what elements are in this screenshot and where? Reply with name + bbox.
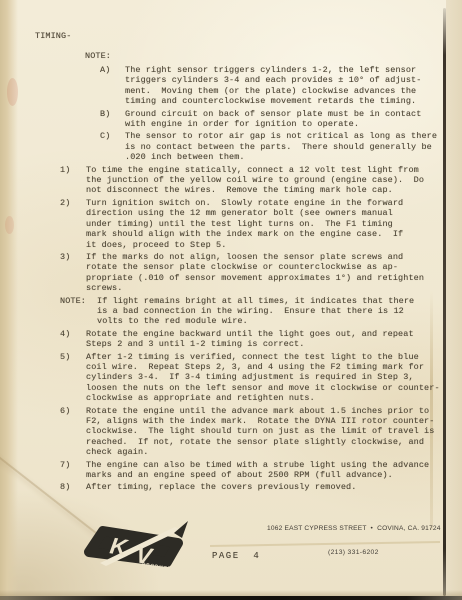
item-label: 2) xyxy=(60,198,86,208)
item-text: Rotate the engine until the advance mark… xyxy=(86,406,434,458)
item-text: The right sensor triggers cylinders 1-2,… xyxy=(125,65,421,107)
instruction-list: A) The right sensor triggers cylinders 1… xyxy=(0,65,448,495)
note-item-a: A) The right sensor triggers cylinders 1… xyxy=(0,65,448,107)
item-text: To time the engine statically, connect a… xyxy=(86,165,424,196)
page-title: TIMING- xyxy=(35,31,71,41)
item-text: The sensor to rotor air gap is not criti… xyxy=(125,131,437,162)
item-text: After 1-2 timing is verified, connect th… xyxy=(86,352,440,404)
item-label: 7) xyxy=(60,460,86,470)
item-text: Turn ignition switch on. Slowly rotate e… xyxy=(86,198,403,250)
item-label: A) xyxy=(100,65,125,75)
paper-right-margin xyxy=(446,0,462,600)
note-header: NOTE: xyxy=(85,51,111,61)
item-text: Rotate the engine backward until the lig… xyxy=(86,329,414,350)
company-phone: (213) 331-6202 xyxy=(328,549,379,556)
item-label: 4) xyxy=(60,329,86,339)
item-label: 8) xyxy=(60,482,86,492)
step-6: 6) Rotate the engine until the advance m… xyxy=(0,406,448,458)
item-label: 6) xyxy=(60,406,86,416)
step-7: 7) The engine can also be timed with a s… xyxy=(0,460,448,481)
item-label: 1) xyxy=(60,165,86,175)
item-text: Ground circuit on back of sensor plate m… xyxy=(125,109,421,130)
mid-note: NOTE: If light remains bright at all tim… xyxy=(0,296,448,327)
step-1: 1) To time the engine statically, connec… xyxy=(0,165,448,196)
item-label: 5) xyxy=(60,352,86,362)
item-text: The engine can also be timed with a stru… xyxy=(86,460,429,481)
company-address: 1062 EAST CYPRESS STREET • COVINA, CA. 9… xyxy=(267,525,441,532)
scan-bottom-edge-line xyxy=(0,596,462,600)
item-label: C) xyxy=(100,131,125,141)
note-item-c: C) The sensor to rotor air gap is not cr… xyxy=(0,131,448,162)
item-label: 3) xyxy=(60,252,86,262)
item-label: NOTE: xyxy=(60,296,97,306)
step-4: 4) Rotate the engine backward until the … xyxy=(0,329,448,350)
item-text: After timing, replace the covers previou… xyxy=(86,482,356,492)
step-8: 8) After timing, replace the covers prev… xyxy=(0,482,448,492)
step-2: 2) Turn ignition switch on. Slowly rotat… xyxy=(0,198,448,250)
paper-crease-footer xyxy=(210,541,440,547)
item-text: If light remains bright at all times, it… xyxy=(97,296,414,327)
item-label: B) xyxy=(100,109,125,119)
step-5: 5) After 1-2 timing is verified, connect… xyxy=(0,352,448,404)
kv-products-logo: K V PRODUCTS xyxy=(76,520,194,576)
item-text: If the marks do not align, loosen the se… xyxy=(86,252,424,294)
scanned-document-page: TIMING- NOTE: A) The right sensor trigge… xyxy=(0,0,462,600)
page-number: PAGE 4 xyxy=(212,551,260,561)
note-item-b: B) Ground circuit on back of sensor plat… xyxy=(0,109,448,130)
step-3: 3) If the marks do not align, loosen the… xyxy=(0,252,448,294)
